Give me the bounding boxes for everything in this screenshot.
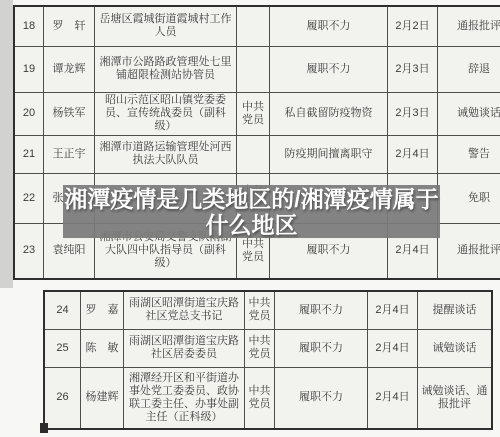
table-row: 21王正宇湘潭市道路运输管理处河西执法大队队员防疫期间擅离职守2月4日警告	[14, 135, 500, 173]
cell-no: 18	[14, 6, 44, 46]
cell-date: 2月4日	[368, 291, 418, 329]
table-row: 19谭龙辉湘潭市公路路政管理处七里铺超限检测站协管员履职不力2月3日辞退	[14, 46, 500, 92]
table-row: 20杨铁军昭山示范区昭山镇党委委员、宣传统战委员（副科级）中共党员私自截留防疫物…	[14, 92, 500, 135]
table-row: 25陈 敏雨湖区昭潭街道宝庆路社区居委委员中共党员履职不力2月4日诫勉谈话	[44, 329, 492, 367]
table-row: 24罗 嘉雨湖区昭潭街道宝庆路社区党总支书记中共党员履职不力2月4日提醒谈话	[44, 291, 492, 329]
cell-issue: 履职不力	[270, 46, 388, 92]
cell-date: 2月4日	[368, 367, 418, 429]
cell-action: 通报批评	[438, 223, 500, 279]
cell-action: 提醒谈话	[418, 291, 493, 329]
cell-name: 杨铁军	[44, 92, 95, 135]
cell-no: 20	[14, 92, 44, 135]
table-row: 18罗 轩岳塘区霞城街道霞城村工作人员履职不力2月2日通报批评	[14, 6, 500, 46]
cell-no: 23	[14, 223, 44, 279]
punishment-table-upper: 18罗 轩岳塘区霞城街道霞城村工作人员履职不力2月2日通报批评19谭龙辉湘潭市公…	[13, 5, 500, 280]
cell-issue: 履职不力	[275, 329, 368, 367]
cell-party: 中共党员	[245, 291, 275, 329]
cell-no: 25	[44, 329, 81, 367]
cell-date: 2月4日	[368, 329, 418, 367]
cell-name: 杨建辉	[81, 367, 124, 429]
cell-unit: 湘潭市公路路政管理处七里铺超限检测站协管员	[95, 46, 237, 92]
table-row: 26杨建辉湘潭经开区和平街道办事处党工委委员、政协联工委主任、办事处副主任（正科…	[44, 367, 492, 429]
cell-action: 诫勉谈话	[438, 92, 500, 135]
cell-no: 26	[44, 367, 81, 429]
cell-party: 中共党员	[237, 92, 270, 135]
cell-unit: 岳塘区霞城街道霞城村工作人员	[95, 6, 237, 46]
cell-date: 2月4日	[388, 135, 438, 173]
cell-party	[237, 6, 270, 46]
cell-issue: 防疫期间擅离职守	[270, 135, 388, 173]
cell-party: 中共党员	[245, 329, 275, 367]
cell-date: 2月2日	[388, 6, 438, 46]
cell-name: 陈 敏	[81, 329, 124, 367]
cell-unit: 湘潭经开区和平街道办事处党工委委员、政协联工委主任、办事处副主任（正科级）	[124, 367, 245, 429]
headline-overlay: 湘潭疫情是几类地区的/湘潭疫情属于什么地区	[63, 185, 440, 238]
punishment-table-lower: 24罗 嘉雨湖区昭潭街道宝庆路社区党总支书记中共党员履职不力2月4日提醒谈话25…	[43, 290, 493, 430]
cell-issue: 履职不力	[275, 367, 368, 429]
cell-issue: 履职不力	[275, 291, 368, 329]
cell-party	[237, 135, 270, 173]
cell-issue: 履职不力	[270, 6, 388, 46]
cell-no: 22	[14, 173, 44, 223]
cell-no: 24	[44, 291, 81, 329]
table-corner-mark	[40, 423, 48, 433]
cell-action: 诫勉谈话	[418, 329, 493, 367]
cell-unit: 雨湖区昭潭街道宝庆路社区党总支书记	[124, 291, 245, 329]
cell-no: 19	[14, 46, 44, 92]
cell-issue: 私自截留防疫物资	[270, 92, 388, 135]
cell-action: 免职	[438, 173, 500, 223]
cell-no: 21	[14, 135, 44, 173]
cell-unit: 湘潭市道路运输管理处河西执法大队队员	[95, 135, 237, 173]
cell-party	[237, 46, 270, 92]
cell-name: 谭龙辉	[44, 46, 95, 92]
cell-action: 通报批评	[438, 6, 500, 46]
cell-action: 警告	[438, 135, 500, 173]
cell-party: 中共党员	[245, 367, 275, 429]
page-margin-strip	[0, 0, 13, 288]
cell-unit: 雨湖区昭潭街道宝庆路社区居委委员	[124, 329, 245, 367]
cell-unit: 昭山示范区昭山镇党委委员、宣传统战委员（副科级）	[95, 92, 237, 135]
cell-date: 2月3日	[388, 92, 438, 135]
cell-name: 罗 轩	[44, 6, 95, 46]
cell-date: 2月3日	[388, 46, 438, 92]
cell-action: 辞退	[438, 46, 500, 92]
cell-action: 诫勉谈话、通报批评	[418, 367, 493, 429]
cell-name: 罗 嘉	[81, 291, 124, 329]
cell-name: 王正宇	[44, 135, 95, 173]
headline-overlay-text: 湘潭疫情是几类地区的/湘潭疫情属于什么地区	[63, 186, 440, 238]
